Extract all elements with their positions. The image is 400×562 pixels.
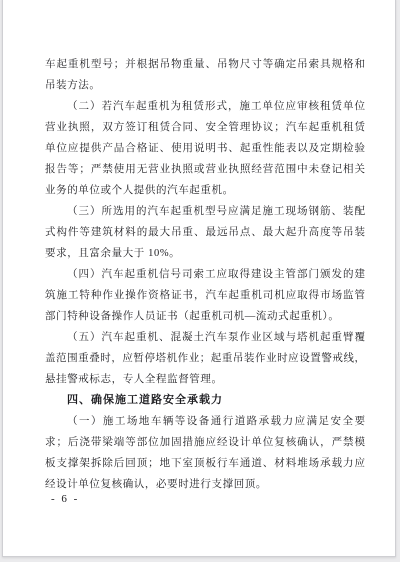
scanned-document-page: 车起重机型号；并根据吊物重量、吊物尺寸等确定吊索具规格和吊装方法。（二）若汽车起… bbox=[0, 0, 400, 562]
text-block: 车起重机型号；并根据吊物重量、吊物尺寸等确定吊索具规格和吊装方法。（二）若汽车起… bbox=[45, 54, 365, 495]
document-line: 营业执照，双方签订租赁合同、安全管理协议；汽车起重机租赁 bbox=[45, 117, 365, 138]
document-line: 车起重机型号；并根据吊物重量、吊物尺寸等确定吊索具规格和 bbox=[45, 54, 365, 75]
document-line: 业务的单位或个人提供的汽车起重机。 bbox=[45, 180, 365, 201]
document-line: 报告等；严禁使用无营业执照或营业执照经营范围中未登记相关 bbox=[45, 159, 365, 180]
document-line: （二）若汽车起重机为租赁形式，施工单位应审核租赁单位 bbox=[45, 96, 365, 117]
paper-sheet: 车起重机型号；并根据吊物重量、吊物尺寸等确定吊索具规格和吊装方法。（二）若汽车起… bbox=[2, 0, 396, 557]
document-line: （三）所选用的汽车起重机型号应满足施工现场钢筋、装配 bbox=[45, 201, 365, 222]
document-line: 筑施工特种作业操作资格证书，汽车起重机司机应取得市场监管 bbox=[45, 285, 365, 306]
document-line: 经设计单位复核确认，必要时进行支撑回顶。 bbox=[45, 474, 365, 495]
document-line: 部门特种设备操作人员证书（起重机司机—流动式起重机）。 bbox=[45, 306, 365, 327]
document-line: （五）汽车起重机、混凝土汽车泵作业区域与塔机起重臂覆 bbox=[45, 327, 365, 348]
document-line: 板支撑架拆除后回顶；地下室顶板行车通道、材料堆场承载力应 bbox=[45, 453, 365, 474]
document-line: 吊装方法。 bbox=[45, 75, 365, 96]
section-heading: 四、确保施工道路安全承载力 bbox=[45, 390, 365, 411]
page-number: - 6 - bbox=[51, 491, 79, 507]
document-line: 单位应提供产品合格证、使用说明书、起重性能表以及定期检验 bbox=[45, 138, 365, 159]
document-line: （一）施工场地车辆等设备通行道路承载力应满足安全要 bbox=[45, 411, 365, 432]
document-line: 悬挂警戒标志，专人全程监督管理。 bbox=[45, 369, 365, 390]
document-line: 求；后浇带梁端等部位加固措施应经设计单位复核确认，严禁模 bbox=[45, 432, 365, 453]
document-line: 要求，且富余量大于 10%。 bbox=[45, 243, 365, 264]
document-line: 式构件等建筑材料的最大吊重、最远吊点、最大起升高度等吊装 bbox=[45, 222, 365, 243]
document-line: （四）汽车起重机信号司索工应取得建设主管部门颁发的建 bbox=[45, 264, 365, 285]
document-line: 盖范围重叠时，应暂停塔机作业；起重吊装作业时应设置警戒线， bbox=[45, 348, 365, 369]
